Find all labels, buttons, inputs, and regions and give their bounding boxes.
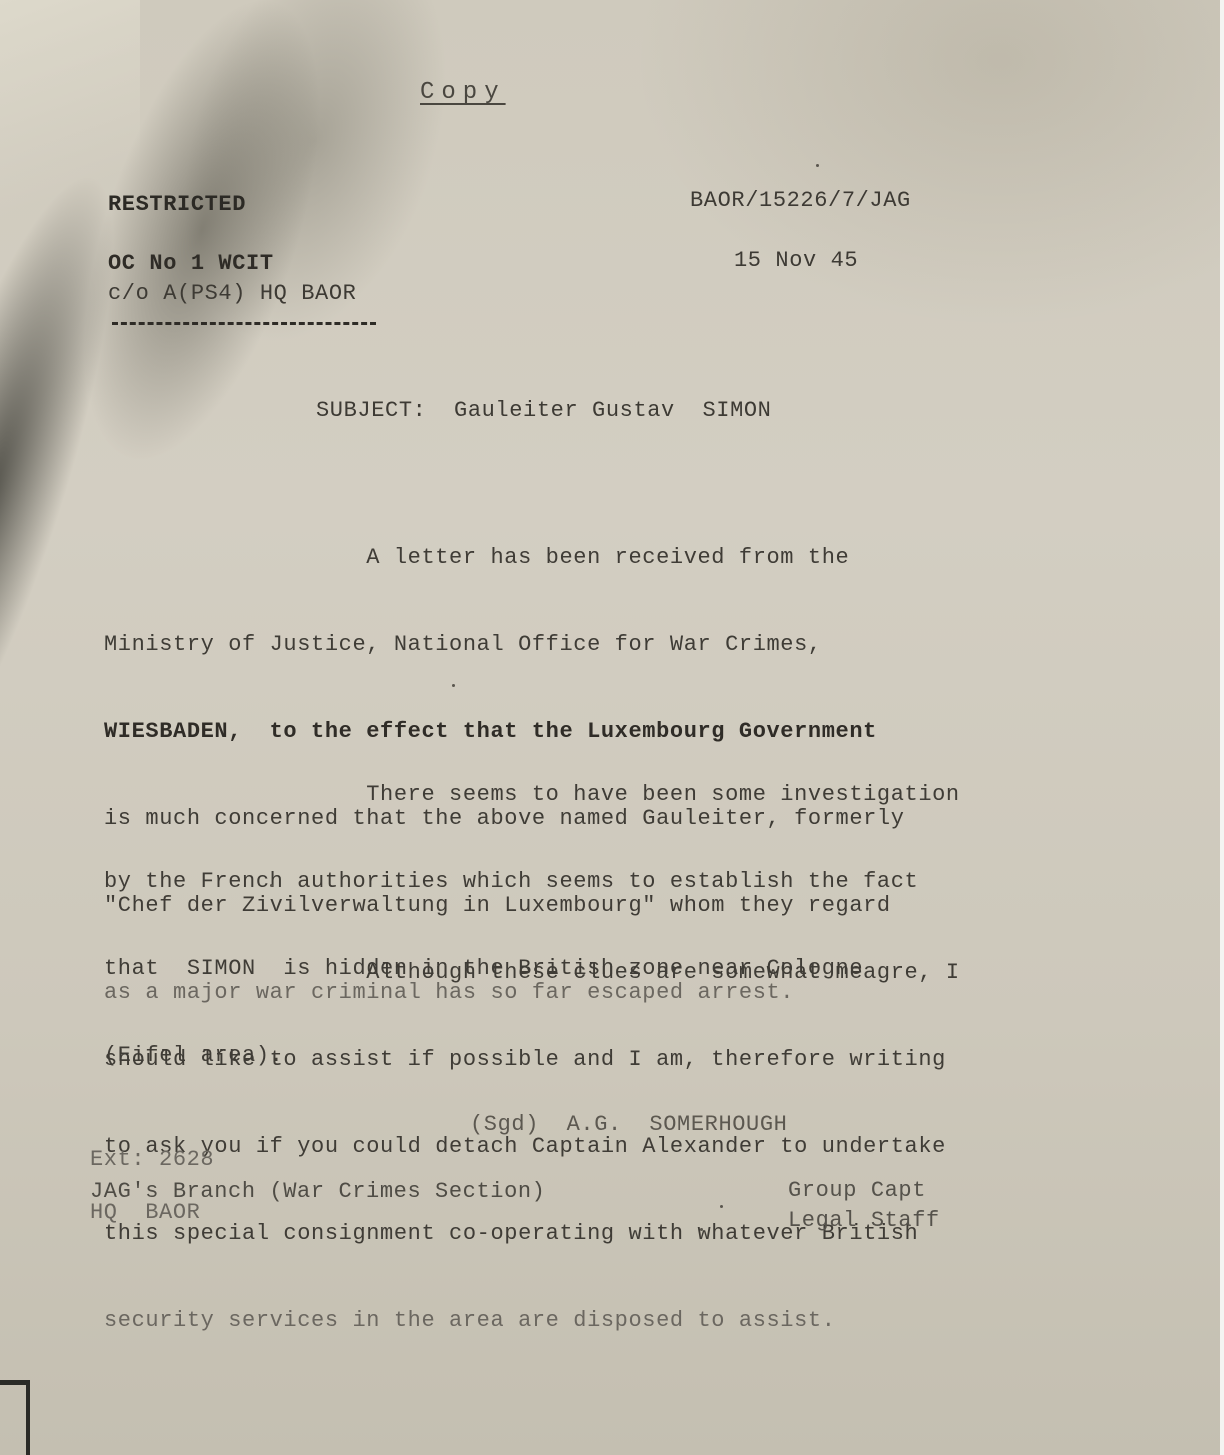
ink-speck	[452, 684, 455, 687]
paragraph-line: A letter has been received from the	[104, 543, 1024, 572]
document-date: 15 Nov 45	[734, 246, 858, 275]
recipient-line-1: OC No 1 WCIT	[108, 249, 274, 278]
paragraph-line: Although these clues are somewhat meagre…	[104, 958, 1024, 987]
recipient-line-2: c/o A(PS4) HQ BAOR	[108, 279, 356, 308]
image-border	[1220, 0, 1224, 1455]
ink-speck	[270, 884, 273, 887]
subject-line: SUBJECT: Gauleiter Gustav SIMON	[316, 396, 771, 425]
paragraph-line: should like to assist if possible and I …	[104, 1045, 1024, 1074]
binder-clip-edge	[0, 1380, 30, 1455]
paragraph-line: There seems to have been some investigat…	[104, 780, 1024, 809]
paragraph-line: security services in the area are dispos…	[104, 1306, 1024, 1335]
address-divider	[112, 322, 376, 325]
signatory-rank: Group Capt	[788, 1176, 926, 1205]
reference-number: BAOR/15226/7/JAG	[690, 186, 911, 215]
copy-heading: Copy	[420, 78, 506, 107]
ink-speck	[720, 1205, 723, 1208]
telephone-extension: Ext: 2628	[90, 1145, 214, 1174]
ink-speck	[700, 1228, 703, 1231]
signature-line: (Sgd) A.G. SOMERHOUGH	[470, 1110, 787, 1139]
ink-speck	[816, 164, 819, 167]
paper-highlight	[0, 0, 140, 260]
paragraph-3: Although these clues are somewhat meagre…	[104, 900, 1024, 1393]
headquarters-name: HQ BAOR	[90, 1198, 200, 1227]
paragraph-line: Ministry of Justice, National Office for…	[104, 630, 1024, 659]
document-page: Copy RESTRICTED OC No 1 WCIT c/o A(PS4) …	[0, 0, 1220, 1455]
classification-label: RESTRICTED	[108, 190, 246, 219]
paragraph-line: by the French authorities which seems to…	[104, 867, 1024, 896]
signatory-role: Legal Staff	[788, 1206, 940, 1235]
